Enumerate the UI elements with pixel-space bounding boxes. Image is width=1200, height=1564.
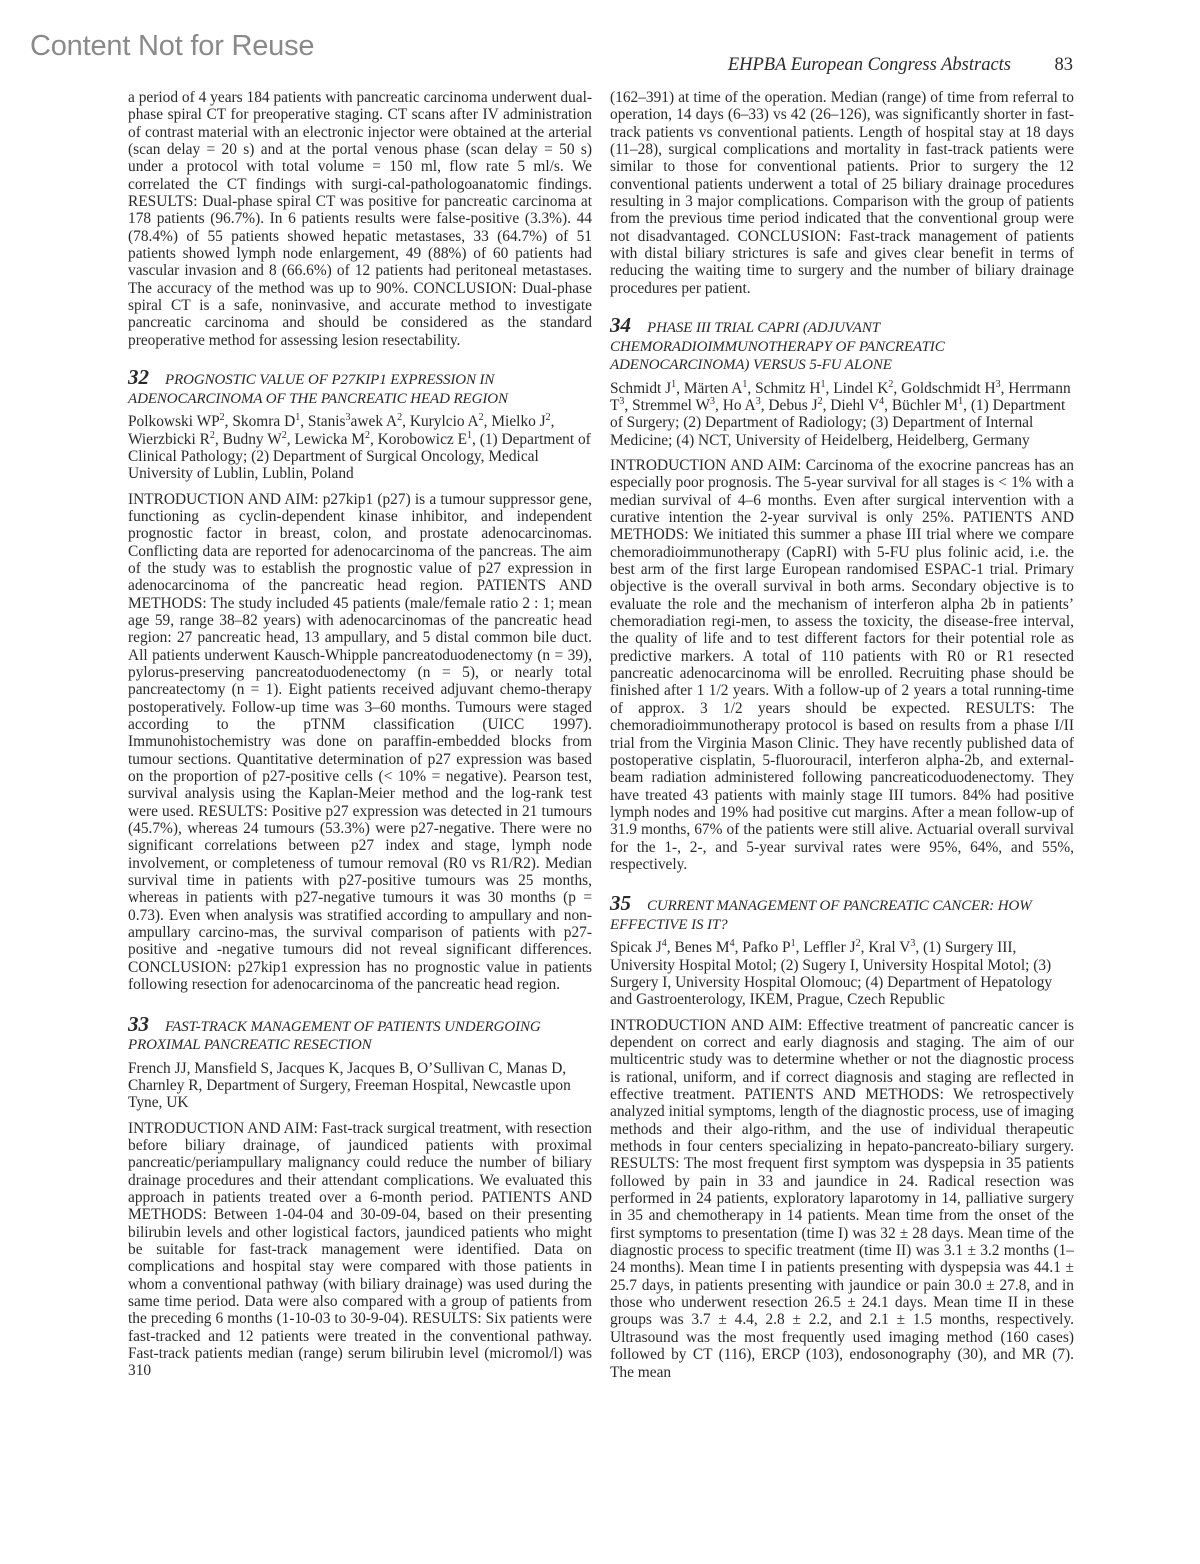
abstract-number: 35 xyxy=(610,891,631,915)
abstract-authors: French JJ, Mansfield S, Jacques K, Jacqu… xyxy=(128,1060,592,1112)
author: Spicak J xyxy=(610,939,662,956)
affiliation-mark: 2 xyxy=(888,379,893,390)
affiliation-mark: 2 xyxy=(365,429,370,440)
author: Goldschmidt H xyxy=(901,380,995,397)
affiliation-mark: 1 xyxy=(791,938,796,949)
abstract-title: FAST-TRACK MANAGEMENT OF PATIENTS UNDERG… xyxy=(128,1019,541,1054)
abstract-authors: Polkowski WP2, Skomra D1, Stanis3awek A2… xyxy=(128,413,592,482)
abstract-body: INTRODUCTION AND AIM: p27kip1 (p27) is a… xyxy=(128,491,592,994)
author: Pafko P xyxy=(742,939,790,956)
affiliation-mark: 2 xyxy=(397,412,402,423)
author: Leffler J xyxy=(803,939,855,956)
continued-abstract-text: a period of 4 years 184 patients with pa… xyxy=(128,89,592,349)
affiliation-mark: 4 xyxy=(730,938,735,949)
abstract-35: 35CURRENT MANAGEMENT OF PANCREATIC CANCE… xyxy=(610,895,1074,1381)
abstract-heading: 32PROGNOSTIC VALUE OF P27KIP1 EXPRESSION… xyxy=(128,369,592,408)
author: Budny W xyxy=(223,431,282,448)
author: Wierzbicki R xyxy=(128,431,210,448)
left-column: a period of 4 years 184 patients with pa… xyxy=(128,89,592,1380)
running-head: EHPBA European Congress Abstracts 83 xyxy=(600,55,1075,79)
abstract-body: INTRODUCTION AND AIM: Carcinoma of the e… xyxy=(610,457,1074,873)
author: Kral V xyxy=(868,939,910,956)
abstract-heading: 33FAST-TRACK MANAGEMENT OF PATIENTS UNDE… xyxy=(128,1016,592,1055)
author: Polkowski WP xyxy=(128,413,220,430)
affiliation-mark: 1 xyxy=(742,379,747,390)
abstract-authors: Schmidt J1, Märten A1, Schmitz H1, Linde… xyxy=(610,380,1074,449)
affiliation-mark: 1 xyxy=(821,379,826,390)
right-column: (162–391) at time of the operation. Medi… xyxy=(610,89,1074,1381)
affiliation-mark: 2 xyxy=(856,938,861,949)
abstract-title: PROGNOSTIC VALUE OF P27KIP1 EXPRESSION I… xyxy=(128,372,508,407)
abstract-33-continued-body: (162–391) at time of the operation. Medi… xyxy=(610,89,1074,297)
author: Diehl V xyxy=(830,397,879,414)
affiliation-mark: 3 xyxy=(710,396,715,407)
page-number: 83 xyxy=(1055,55,1074,76)
abstract-number: 34 xyxy=(610,313,631,337)
abstract-number: 33 xyxy=(128,1012,149,1036)
author: Benes M xyxy=(674,939,729,956)
author: Lindel K xyxy=(833,380,888,397)
abstract-title: PHASE III TRIAL CAPRI (ADJUVANT CHEMORAD… xyxy=(610,320,945,373)
author: Büchler M xyxy=(892,397,958,414)
author: Lewicka M xyxy=(294,431,365,448)
author: Stremmel W xyxy=(632,397,710,414)
affiliation-mark: 1 xyxy=(467,429,472,440)
watermark: Content Not for Reuse xyxy=(30,30,314,63)
affiliation-mark: 1 xyxy=(295,412,300,423)
affiliation-mark: 1 xyxy=(958,396,963,407)
author: Ho A xyxy=(723,397,756,414)
author: Stanis xyxy=(308,413,346,430)
author: Debus J xyxy=(768,397,817,414)
abstract-number: 32 xyxy=(128,365,149,389)
abstract-33: 33FAST-TRACK MANAGEMENT OF PATIENTS UNDE… xyxy=(128,1016,592,1380)
affiliation-mark: 2 xyxy=(282,429,287,440)
affiliation-mark: 3 xyxy=(619,396,624,407)
affiliation-mark: 3 xyxy=(996,379,1001,390)
affiliation-mark: 2 xyxy=(546,412,551,423)
author: Märten A xyxy=(684,380,743,397)
affiliation-mark: 3 xyxy=(756,396,761,407)
author: Kurylcio A xyxy=(410,413,479,430)
author: awek A xyxy=(351,413,398,430)
abstract-title: CURRENT MANAGEMENT OF PANCREATIC CANCER:… xyxy=(610,898,1032,933)
abstract-body: INTRODUCTION AND AIM: Fast-track surgica… xyxy=(128,1120,592,1380)
abstract-32: 32PROGNOSTIC VALUE OF P27KIP1 EXPRESSION… xyxy=(128,369,592,993)
author: Skomra D xyxy=(232,413,295,430)
author: Schmidt J xyxy=(610,380,671,397)
affiliation-mark: 3 xyxy=(910,938,915,949)
author: Mielko J xyxy=(491,413,545,430)
affiliation-mark: 4 xyxy=(879,396,884,407)
affiliation-mark: 2 xyxy=(479,412,484,423)
affiliation-mark: 2 xyxy=(210,429,215,440)
author: Korobowicz E xyxy=(378,431,467,448)
affiliation-mark: 4 xyxy=(662,938,667,949)
abstract-body: INTRODUCTION AND AIM: Effective treatmen… xyxy=(610,1017,1074,1381)
abstract-heading: 34PHASE III TRIAL CAPRI (ADJUVANT CHEMOR… xyxy=(610,317,1074,375)
affiliation-mark: 2 xyxy=(818,396,823,407)
abstract-heading: 35CURRENT MANAGEMENT OF PANCREATIC CANCE… xyxy=(610,895,1074,934)
abstract-authors: Spicak J4, Benes M4, Pafko P1, Leffler J… xyxy=(610,939,1074,1008)
affiliation-mark: 1 xyxy=(671,379,676,390)
abstract-34: 34PHASE III TRIAL CAPRI (ADJUVANT CHEMOR… xyxy=(610,317,1074,873)
author: Schmitz H xyxy=(755,380,820,397)
journal-title: EHPBA European Congress Abstracts xyxy=(728,55,1011,76)
affiliation-mark: 2 xyxy=(220,412,225,423)
